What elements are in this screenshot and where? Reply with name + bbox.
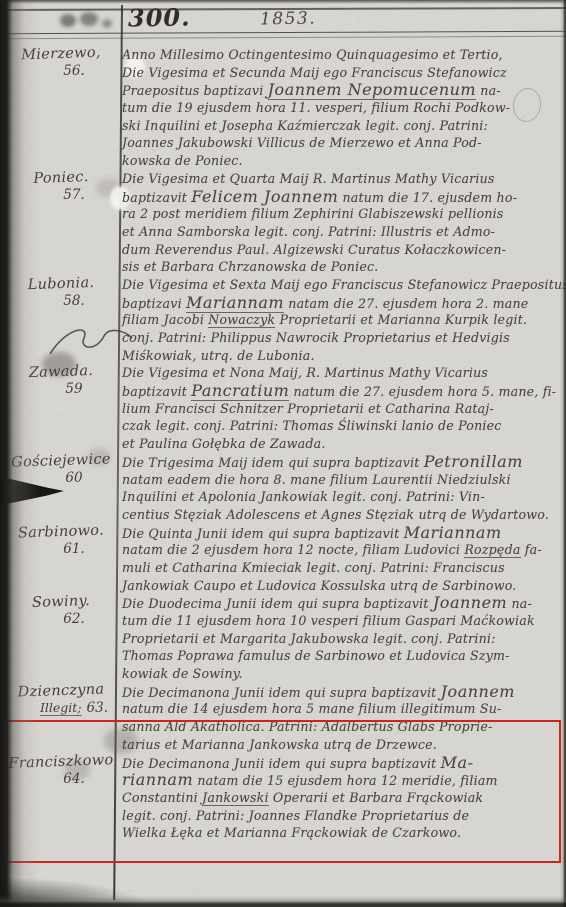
record-line: natum die 14 ejusdem hora 5 mane filium … [122,700,562,718]
emphasized-name: Rozpęda [464,542,520,558]
record-line: Proprietarii et Margarita Jakubowska leg… [122,630,562,648]
emphasized-name: Petronillam [424,452,523,471]
record-line: centius Stęziak Adolescens et Agnes Stęz… [122,506,562,524]
record-line: dum Reverendus Paul. Algizewski Curatus … [122,241,562,259]
record-line: Jankowiak Caupo et Ludovica Kossulska ut… [122,577,562,595]
record-line: Inquilini et Apolonia Jankowiak legit. c… [122,488,562,506]
baptism-record: Poniec. 57. Die Vigesima et Quarta Maij … [0,170,562,276]
record-line: sis et Barbara Chrzanowska de Poniec. [122,258,562,276]
record-line: Die Vigesima et Nona Maij, R. Martinus M… [122,364,562,382]
record-line: baptizavi Mariannam natam die 27. ejusde… [122,294,566,312]
record-number: 63. [87,700,108,716]
emphasized-name: Pancratium [191,381,289,401]
record-line: kowiak de Sowiny. [122,665,562,683]
baptism-record: Zawada. 59 Die Vigesima et Nona Maij, R.… [0,364,562,452]
record-text: Die Vigesima et Sexta Maij ego Franciscu… [122,276,566,364]
record-number: 61. [63,541,84,557]
scan-edge-bottom [0,896,566,907]
baptism-record: Lubonia. 58. Die Vigesima et Sexta Maij … [0,276,562,364]
record-line: et Paulina Gołębka de Zawada. [122,435,562,453]
emphasized-name: Felicem Joannem [191,187,338,206]
record-line: lium Francisci Schnitzer Proprietarii et… [122,400,562,418]
record-line: Die Vigesima et Quarta Maij R. Martinus … [122,170,562,188]
record-line: Die Decimanona Junii idem qui supra bapt… [122,683,562,701]
record-line: tum die 19 ejusdem hora 11. vesperi, fil… [122,99,562,117]
record-line: Joannes Jakubowski Villicus de Mierzewo … [122,134,562,152]
baptism-record: Gościejewice 60 Die Trigesima Maij idem … [0,453,562,524]
emphasized-name: Joannem [441,682,515,701]
emphasized-name: Joannem [433,593,507,612]
record-line: baptizavit Felicem Joannem natum die 17.… [122,188,562,206]
record-line: baptizavit Pancratium natum die 27. ejus… [122,382,562,400]
record-line: Thomas Poprawa famulus de Sarbinowo et L… [122,647,562,665]
record-number: 59 [65,381,82,397]
record-line: Miśkowiak, utrq. de Lubonia. [122,347,566,365]
scan-edge-left [0,0,40,907]
register-page-scan: 300. 1853. Mierzewo, 56. Anno Millesimo … [0,0,566,907]
record-number: 62. [63,611,84,627]
record-line: Die Trigesima Maij idem qui supra baptiz… [122,453,562,471]
record-number: 57. [63,187,84,203]
record-line: natam die 2 ejusdem hora 12 nocte, filia… [122,541,562,559]
ink-smudge [80,12,98,26]
header-divider-rule [0,31,566,39]
record-line: kowska de Poniec. [122,152,562,170]
record-line: Die Vigesima et Sexta Maij ego Franciscu… [122,276,566,294]
highlight-box [6,720,561,863]
record-line: Die Quinta Junii idem qui supra baptizav… [122,524,562,542]
year-heading: 1853. [260,9,317,30]
record-line: czak legit. conj. Patrini: Thomas Śliwin… [122,417,562,435]
record-line: ra 2 post meridiem filium Zephirini Glab… [122,205,562,223]
emphasized-name: Nowaczyk [208,312,275,328]
record-number: 58. [63,293,84,309]
record-line: Praepositus baptizavi Joannem Nepomucenu… [122,81,562,99]
emphasized-name: Joannem Nepomucenum [268,80,476,100]
record-text: Die Quinta Junii idem qui supra baptizav… [122,524,562,595]
baptism-record: Sarbinowo. 61. Die Quinta Junii idem qui… [0,524,562,595]
record-text: Die Trigesima Maij idem qui supra baptiz… [122,453,562,524]
record-line: filiam Jacobi Nowaczyk Proprietarii et M… [122,311,566,329]
record-line: ski Inquilini et Josepha Kaźmierczak leg… [122,117,562,135]
record-line: Die Duodecima Junii idem qui supra bapti… [122,594,562,612]
emphasized-name: Mariannam [404,523,502,542]
ink-smudge [60,14,76,27]
record-text: Die Vigesima et Nona Maij, R. Martinus M… [122,364,562,452]
scan-edge-right [560,0,566,907]
record-line: Anno Millesimo Octingentesimo Quinquages… [122,46,562,64]
page-number: 300. [128,2,191,32]
record-line: et Anna Samborska legit. conj. Patrini: … [122,223,562,241]
record-line: Die Vigesima et Secunda Maij ego Francis… [122,64,562,82]
record-text: Die Duodecima Junii idem qui supra bapti… [122,594,562,682]
record-line: tum die 11 ejusdem hora 10 vesperi filiu… [122,612,562,630]
record-text: Die Vigesima et Quarta Maij R. Martinus … [122,170,562,276]
record-line: muli et Catharina Kmieciak legit. conj. … [122,559,562,577]
record-text: Anno Millesimo Octingentesimo Quinquages… [122,46,562,170]
scan-edge-top [0,0,566,4]
record-line: conj. Patrini: Philippus Nawrocik Propri… [122,329,566,347]
baptism-record: Mierzewo, 56. Anno Millesimo Octingentes… [0,46,562,170]
illegitimate-note: Illegit; [40,700,82,716]
record-number: 60 [65,470,82,486]
record-number: 56. [63,63,84,79]
emphasized-name: Mariannam [186,293,284,313]
ink-smudge [102,19,112,28]
record-line: natam eadem die hora 8. mane filium Laur… [122,471,562,489]
baptism-record: Sowiny. 62. Die Duodecima Junii idem qui… [0,594,562,682]
